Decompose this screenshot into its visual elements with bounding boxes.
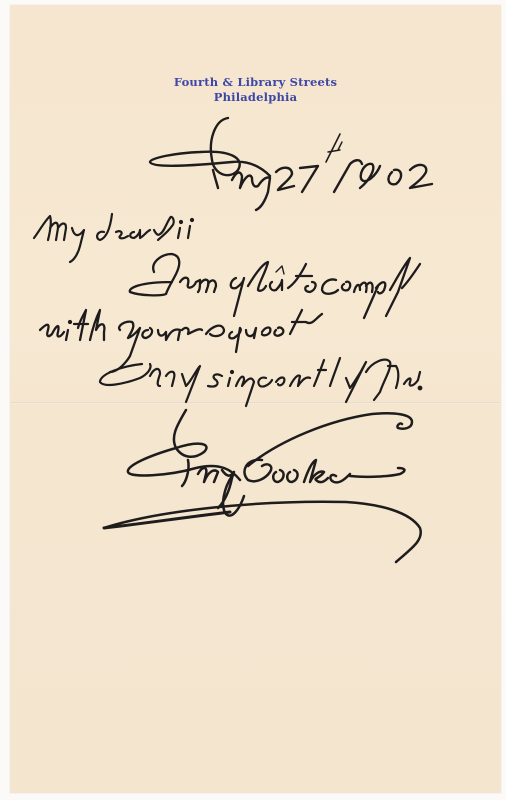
date-handwriting xyxy=(150,118,432,210)
signature-handwriting xyxy=(104,410,421,562)
body-line-1-handwriting xyxy=(130,254,420,318)
handwriting-strokes xyxy=(0,0,506,800)
body-line-2-handwriting xyxy=(40,310,322,372)
closing-handwriting xyxy=(100,358,421,406)
